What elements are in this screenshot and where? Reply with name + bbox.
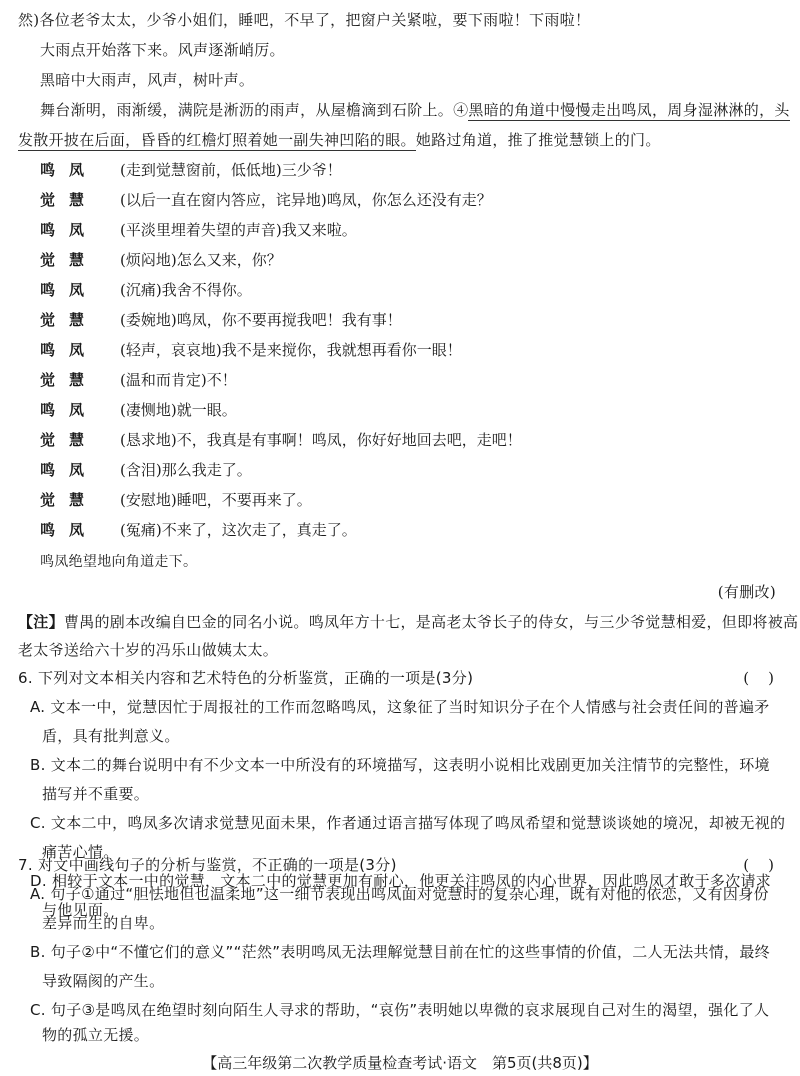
dialogue-line: 鸣凤(沉痛)我舍不得你。 <box>40 280 252 300</box>
speaker-name: 觉慧 <box>40 250 120 270</box>
footnote-text: 曹禺的剧本改编自巴金的同名小说。鸣凤年方十七，是高老太爷长子的侍女，与三少爷觉慧… <box>64 613 798 631</box>
speaker-name: 觉慧 <box>40 490 120 510</box>
underlined-sentence-4-cont: 发散开披在后面，昏昏的红檐灯照着她一副失神凹陷的眼。 <box>18 131 416 151</box>
question-6-answer-blank[interactable]: ( ) <box>743 668 774 688</box>
question-7-option-a-cont: 差异而生的自卑。 <box>42 913 164 933</box>
speaker-name: 鸣凤 <box>40 160 120 180</box>
stage-direction: 大雨点开始落下来。风声逐渐峭厉。 <box>40 40 285 60</box>
dialogue-text: (以后一直在窗内答应，诧异地)鸣凤，你怎么还没有走？ <box>120 191 492 209</box>
exam-page: 然)各位老爷太太，少爷小姐们，睡吧，不早了，把窗户关紧啦，要下雨啦！下雨啦！ 大… <box>0 0 800 1076</box>
source-note: (有删改) <box>718 582 776 602</box>
question-7-option-a[interactable]: A. 句子①通过“胆怯地但也温柔地”这一细节表现出鸣凤面对觉慧时的复杂心理，既有… <box>30 884 769 904</box>
question-7-option-b-cont: 导致隔阂的产生。 <box>42 971 164 991</box>
stage-direction-text: 舞台渐明，雨渐缓，满院是淅沥的雨声，从屋檐滴到石阶上。④ <box>40 101 468 119</box>
dialogue-text: (委婉地)鸣凤，你不要再搅我吧！我有事！ <box>120 311 402 329</box>
page-footer: 【高三年级第二次教学质量检查考试·语文 第5页(共8页)】 <box>0 1052 800 1073</box>
stage-direction: 发散开披在后面，昏昏的红檐灯照着她一副失神凹陷的眼。她路过角道，推了推觉慧锁上的… <box>18 130 661 150</box>
dialogue-line: 觉慧(安慰地)睡吧，不要再来了。 <box>40 490 312 510</box>
dialogue-line: 觉慧(烦闷地)怎么又来，你？ <box>40 250 282 270</box>
speaker-name: 觉慧 <box>40 370 120 390</box>
dialogue-text: (恳求地)不，我真是有事啊！鸣凤，你好好地回去吧，走吧！ <box>120 431 522 449</box>
question-7-option-c-cont: 物的孤立无援。 <box>42 1025 149 1045</box>
underlined-sentence-4: 黑暗的角道中慢慢走出鸣凤，周身湿淋淋的，头 <box>468 101 789 121</box>
question-6-option-b-cont: 描写并不重要。 <box>42 784 149 804</box>
dialogue-line: 觉慧(温和而肯定)不！ <box>40 370 237 390</box>
dialogue-line: 鸣凤(冤痛)不来了，这次走了，真走了。 <box>40 520 357 540</box>
dialogue-text: (轻声，哀哀地)我不是来搅你，我就想再看你一眼！ <box>120 341 462 359</box>
dialogue-line: 觉慧(委婉地)鸣凤，你不要再搅我吧！我有事！ <box>40 310 402 330</box>
speaker-name: 鸣凤 <box>40 520 120 540</box>
question-6-option-a-cont: 盾，具有批判意义。 <box>42 726 180 746</box>
question-6-option-a[interactable]: A. 文本一中，觉慧因忙于周报社的工作而忽略鸣凤，这象征了当时知识分子在个人情感… <box>30 697 770 717</box>
speaker-name: 觉慧 <box>40 310 120 330</box>
dialogue-line: 鸣凤(凄恻地)就一眼。 <box>40 400 237 420</box>
question-6-option-c[interactable]: C. 文本二中，鸣凤多次请求觉慧见面未果，作者通过语言描写体现了鸣凤希望和觉慧谈… <box>30 813 785 833</box>
dialogue-text: (沉痛)我舍不得你。 <box>120 281 252 299</box>
speaker-name: 觉慧 <box>40 430 120 450</box>
dialogue-text: (走到觉慧窗前，低低地)三少爷！ <box>120 161 342 179</box>
passage-line: 然)各位老爷太太，少爷小姐们，睡吧，不早了，把窗户关紧啦，要下雨啦！下雨啦！ <box>18 10 590 30</box>
dialogue-line: 觉慧(以后一直在窗内答应，诧异地)鸣凤，你怎么还没有走？ <box>40 190 492 210</box>
question-6-stem: 6. 下列对文本相关内容和艺术特色的分析鉴赏，正确的一项是(3分) <box>18 668 473 688</box>
dialogue-line: 鸣凤(轻声，哀哀地)我不是来搅你，我就想再看你一眼！ <box>40 340 462 360</box>
speaker-name: 鸣凤 <box>40 220 120 240</box>
closing-stage-direction: 鸣凤绝望地向角道走下。 <box>40 552 197 572</box>
dialogue-text: (含泪)那么我走了。 <box>120 461 252 479</box>
dialogue-text: (凄恻地)就一眼。 <box>120 401 237 419</box>
question-7-stem: 7. 对文中画线句子的分析与鉴赏，不正确的一项是(3分) <box>18 855 397 875</box>
dialogue-text: (温和而肯定)不！ <box>120 371 237 389</box>
question-6-option-b[interactable]: B. 文本二的舞台说明中有不少文本一中所没有的环境描写，这表明小说相比戏剧更加关… <box>30 755 770 775</box>
stage-direction: 黑暗中大雨声，风声，树叶声。 <box>40 70 254 90</box>
dialogue-line: 鸣凤(走到觉慧窗前，低低地)三少爷！ <box>40 160 342 180</box>
question-7-option-c[interactable]: C. 句子③是鸣凤在绝望时刻向陌生人寻求的帮助，“哀伤”表明她以卑微的哀求展现自… <box>30 1000 769 1020</box>
dialogue-text: (安慰地)睡吧，不要再来了。 <box>120 491 312 509</box>
footnote-label: 【注】 <box>18 613 64 631</box>
speaker-name: 鸣凤 <box>40 340 120 360</box>
dialogue-line: 鸣凤(平淡里埋着失望的声音)我又来啦。 <box>40 220 357 240</box>
stage-direction-text: 她路过角道，推了推觉慧锁上的门。 <box>416 131 661 149</box>
dialogue-text: (冤痛)不来了，这次走了，真走了。 <box>120 521 357 539</box>
question-7-option-b[interactable]: B. 句子②中“不懂它们的意义”“茫然”表明鸣凤无法理解觉慧目前在忙的这些事情的… <box>30 942 770 962</box>
dialogue-text: (平淡里埋着失望的声音)我又来啦。 <box>120 221 357 239</box>
stage-direction: 舞台渐明，雨渐缓，满院是淅沥的雨声，从屋檐滴到石阶上。④黑暗的角道中慢慢走出鸣凤… <box>40 100 790 120</box>
dialogue-line: 鸣凤(含泪)那么我走了。 <box>40 460 252 480</box>
speaker-name: 觉慧 <box>40 190 120 210</box>
footnote: 【注】曹禺的剧本改编自巴金的同名小说。鸣凤年方十七，是高老太爷长子的侍女，与三少… <box>18 612 798 632</box>
question-7-answer-blank[interactable]: ( ) <box>743 855 774 875</box>
footnote-cont: 老太爷送给六十岁的冯乐山做姨太太。 <box>18 640 278 660</box>
speaker-name: 鸣凤 <box>40 280 120 300</box>
speaker-name: 鸣凤 <box>40 460 120 480</box>
dialogue-text: (烦闷地)怎么又来，你？ <box>120 251 282 269</box>
dialogue-line: 觉慧(恳求地)不，我真是有事啊！鸣凤，你好好地回去吧，走吧！ <box>40 430 522 450</box>
speaker-name: 鸣凤 <box>40 400 120 420</box>
